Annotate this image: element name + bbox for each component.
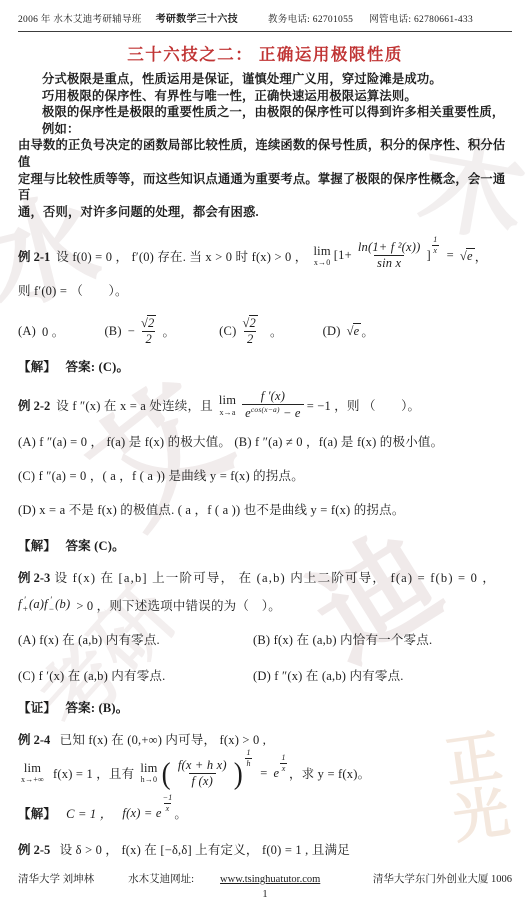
- example-2-4-formula: lim x→+∞ f(x) = 1 ，且有 lim h→0 ( f(x + h …: [18, 758, 512, 789]
- header-phone-admin: 教务电话: 62701055: [268, 11, 353, 25]
- example-2-2-option-ab: (A) f ″(a) = 0 ， f(a) 是 f(x) 的极大值。 (B) f…: [18, 432, 512, 450]
- radicand: 2: [147, 315, 156, 331]
- fraction-denominator: sin x: [374, 255, 404, 271]
- example-2-4-statement: 例 2-4 已知 f(x) 在 (0,+∞) 内可导， f(x) > 0 ,: [18, 730, 512, 748]
- example-given: 设 δ > 0 ， f(x) 在 [−δ,δ] 上有定义， f(0) = 1 ,…: [60, 843, 350, 857]
- solution-text: 答案: (B)。: [65, 701, 128, 715]
- rhs-text: = −1 ，则 （ ）。: [307, 396, 421, 414]
- option-b-den: 2: [142, 331, 154, 347]
- example-2-2-statement: 例 2-2 设 f ″(x) 在 x = a 处连续，且 lim x→a f ′…: [18, 389, 512, 421]
- limit-operator: lim h→0: [140, 762, 157, 785]
- example-2-1-solution: 【解】 答案: (C)。: [18, 357, 512, 375]
- solution-tag: 【解】: [18, 360, 56, 374]
- option-d-value: √e: [347, 323, 362, 339]
- option-c-den: 2: [244, 331, 256, 347]
- header-year-school: 2006 年 水木艾迪考研辅导班: [18, 11, 142, 25]
- example-label: 例 2-1: [18, 247, 50, 265]
- example-2-3-condition: f ′ + (a) f ′ − (b) > 0 ，则下述选项中错误的为（ ）。: [18, 596, 512, 614]
- radicand: e: [466, 248, 475, 264]
- fraction-denominator: f (x): [189, 773, 216, 789]
- header-divider: [18, 31, 512, 32]
- header-phone-net: 网管电话: 62780661-433: [369, 11, 473, 25]
- lim-word: lim: [24, 762, 41, 775]
- example-2-2-option-d: (D) x = a 不是 f(x) 的极值点. ( a ，f ( a )) 也不…: [18, 500, 512, 518]
- example-2-3-options-ab: (A) f(x) 在 (a,b) 内有零点. (B) f(x) 在 (a,b) …: [18, 630, 512, 648]
- punctuation: 。: [361, 322, 374, 340]
- option-c-num: √2: [239, 315, 261, 331]
- intro-line: 由导数的正负号决定的函数局部比较性质，连续函数的保号性质，积分的保序性、积分估值: [18, 137, 512, 170]
- arg: (a): [29, 597, 44, 612]
- option-b: (B) f(x) 在 (a,b) 内恰有一个零点.: [253, 630, 432, 648]
- option-b-sign: −: [128, 324, 135, 339]
- fraction-numerator: f(x + h x): [175, 758, 230, 773]
- lim-word: lim: [219, 394, 236, 407]
- document-page: 水 木 艾 迪 考研 正光 2006 年 水木艾迪考研辅导班 考研数学三十六技 …: [0, 0, 530, 908]
- equals-sign: =: [447, 248, 454, 263]
- solution-tag: 【解】: [18, 539, 56, 553]
- sqrt-e: √e: [460, 248, 475, 264]
- fraction: ln(1+ f ²(x)) sin x: [355, 240, 424, 271]
- exp-den: x: [432, 245, 439, 256]
- example-label: 例 2-3: [18, 571, 50, 585]
- close-paren: ): [234, 759, 243, 787]
- solution-f: f(x) = e: [122, 806, 161, 821]
- exponent-fraction: −1 x: [163, 793, 173, 814]
- den-exponent: cos(x−a): [251, 405, 280, 414]
- option-a: (A) f(x) 在 (a,b) 内有零点.: [18, 630, 253, 648]
- example-2-3-solution: 【证】 答案: (B)。: [18, 698, 512, 716]
- exp-den: x: [164, 803, 171, 814]
- footer-author: 清华大学 刘坤林: [18, 871, 94, 886]
- option-b: (B) f ″(a) ≠ 0 ，f(a) 是 f(x) 的极小值。: [234, 435, 443, 449]
- lim1-rhs: f(x) = 1 ，且有: [53, 764, 134, 782]
- exp-num: 1: [246, 748, 250, 758]
- option-b-fraction: √2 2: [138, 315, 160, 347]
- solution-tag: 【证】: [18, 701, 56, 715]
- radicand: e: [353, 323, 362, 339]
- header-course-title: 考研数学三十六技: [156, 10, 238, 25]
- limit-operator: lim x→0: [314, 245, 331, 268]
- page-title: 三十六技之二： 正确运用极限性质: [18, 41, 512, 65]
- footer-site-label: 水木艾迪网址:: [128, 871, 194, 886]
- page-header: 2006 年 水木艾迪考研辅导班 考研数学三十六技 教务电话: 62701055…: [18, 10, 512, 25]
- fraction-denominator: ecos(x−a) − e: [242, 404, 304, 421]
- option-a-value: 0 。: [42, 322, 64, 340]
- option-d: (D) f ″(x) 在 (a,b) 内有零点.: [253, 666, 404, 684]
- solution-c: C = 1 ，: [66, 804, 112, 822]
- punctuation: 。: [174, 804, 187, 822]
- example-given: 设 f(x) 在 [a,b] 上一阶可导， 在 (a,b) 内上二阶可导， f(…: [55, 571, 496, 585]
- lim-subscript: x→+∞: [21, 776, 44, 784]
- footer-site-link[interactable]: www.tsinghuatutor.com: [220, 874, 320, 885]
- example-label: 例 2-5: [18, 843, 50, 857]
- example-2-3-options-cd: (C) f ′(x) 在 (a,b) 内有零点. (D) f ″(x) 在 (a…: [18, 666, 512, 684]
- page-footer: 清华大学 刘坤林 水木艾迪网址: www.tsinghuatutor.com 清…: [18, 871, 512, 900]
- f-symbol: f: [18, 597, 22, 612]
- example-2-1-options: (A) 0 。 (B) − √2 2 。 (C) √2 2 。 (D) √e 。: [18, 315, 512, 347]
- example-2-2-option-c: (C) f ″(a) = 0 ，( a ，f ( a )) 是曲线 y = f(…: [18, 466, 512, 484]
- solution-text: 答案 (C)。: [65, 539, 124, 553]
- open-bracket: [1+: [334, 248, 352, 263]
- fraction: f(x + h x) f (x): [175, 758, 230, 789]
- lim-subscript: x→0: [314, 259, 331, 267]
- option-b-label: (B): [104, 324, 121, 339]
- intro-line: 极限的保序性是极限的重要性质之一，由极限的保序性可以得到许多相关重要性质，例如：: [18, 104, 512, 137]
- den-tail: − e: [283, 407, 301, 421]
- formula-tail: ，求 y = f(x)。: [289, 764, 370, 782]
- option-c-label: (C): [219, 324, 236, 339]
- option-c-fraction: √2 2: [239, 315, 261, 347]
- radicand: 2: [249, 315, 258, 331]
- minus-sub: −: [49, 605, 54, 614]
- option-b-num: √2: [138, 315, 160, 331]
- lim-word: lim: [140, 762, 157, 775]
- lim-subscript: h→0: [141, 776, 158, 784]
- exponent-fraction: 1 x: [280, 753, 287, 774]
- solution-tag: 【解】: [18, 804, 56, 822]
- fraction-numerator: ln(1+ f ²(x)): [355, 240, 424, 255]
- intro-paragraph: 分式极限是重点，性质运用是保证，谨慎处理广义用，穿过险滩是成功。 巧用极限的保序…: [18, 71, 512, 220]
- lim-subscript: x→a: [219, 409, 235, 417]
- sup-sub: ′ +: [23, 596, 28, 614]
- solution-text: 答案: (C)。: [65, 360, 129, 374]
- punctuation: 。: [270, 322, 283, 340]
- condition-tail: > 0 ，则下述选项中错误的为（ ）。: [76, 596, 281, 614]
- exp-den: h: [245, 758, 252, 769]
- intro-line: 分式极限是重点，性质运用是保证，谨慎处理广义用，穿过险滩是成功。: [18, 71, 512, 88]
- example-given: 设 f ″(x) 在 x = a 处连续，且: [56, 396, 213, 414]
- option-a-label: (A): [18, 324, 36, 339]
- equals-sign: =: [260, 766, 267, 781]
- exp-num: 1: [281, 753, 285, 763]
- exp-num: −1: [163, 793, 173, 803]
- intro-line: 通，否则，对许多问题的处理，都会有困惑.: [18, 204, 512, 221]
- fraction: f ′(x) ecos(x−a) − e: [242, 389, 304, 421]
- example-label: 例 2-2: [18, 396, 50, 414]
- exponent-fraction: 1 h: [245, 748, 252, 769]
- arg: (b): [55, 597, 70, 612]
- close-bracket: ]: [427, 248, 431, 263]
- intro-line: 巧用极限的保序性、有界性与唯一性，正确快速运用极限运算法则。: [18, 88, 512, 105]
- option-d-label: (D): [323, 324, 341, 339]
- footer-address: 清华大学东门外创业大厦 1006: [373, 871, 512, 886]
- example-2-3-statement: 例 2-3 设 f(x) 在 [a,b] 上一阶可导， 在 (a,b) 内上二阶…: [18, 568, 512, 586]
- example-2-5-statement: 例 2-5 设 δ > 0 ， f(x) 在 [−δ,δ] 上有定义， f(0)…: [18, 840, 512, 858]
- limit-operator: lim x→+∞: [21, 762, 44, 785]
- exponent-fraction: 1 x: [432, 235, 439, 256]
- example-given: 已知 f(x) 在 (0,+∞) 内可导， f(x) > 0 ,: [60, 733, 266, 747]
- example-label: 例 2-4: [18, 733, 50, 747]
- lim-word: lim: [314, 245, 331, 258]
- limit-operator: lim x→a: [219, 394, 236, 417]
- example-2-1-question: 则 f′(0) = （ ）。: [18, 281, 512, 299]
- fraction-numerator: f ′(x): [258, 389, 288, 404]
- example-2-4-solution: 【解】 C = 1 ， f(x) = e −1 x 。: [18, 803, 512, 824]
- exp-den: x: [280, 763, 287, 774]
- punctuation: 。: [162, 322, 175, 340]
- example-2-2-solution: 【解】 答案 (C)。: [18, 536, 512, 554]
- exp-num: 1: [433, 235, 437, 245]
- intro-line: 定理与比较性质等等，而这些知识点通通为重要考点。掌握了极限的保序性概念，会一通百: [18, 171, 512, 204]
- example-given: 设 f(0) = 0 ， f′(0) 存在. 当 x > 0 时 f(x) > …: [56, 247, 307, 265]
- sup-sub: ′ −: [49, 596, 54, 614]
- option-c: (C) f ′(x) 在 (a,b) 内有零点.: [18, 666, 253, 684]
- e-base: e: [273, 766, 279, 781]
- page-number: 1: [18, 889, 512, 900]
- option-a: (A) f ″(a) = 0 ， f(a) 是 f(x) 的极大值。: [18, 435, 231, 449]
- open-paren: (: [162, 759, 171, 787]
- example-2-1-statement: 例 2-1 设 f(0) = 0 ， f′(0) 存在. 当 x > 0 时 f…: [18, 240, 512, 271]
- f-symbol: f: [44, 597, 48, 612]
- plus-sub: +: [23, 605, 28, 614]
- punctuation: ，: [475, 247, 488, 265]
